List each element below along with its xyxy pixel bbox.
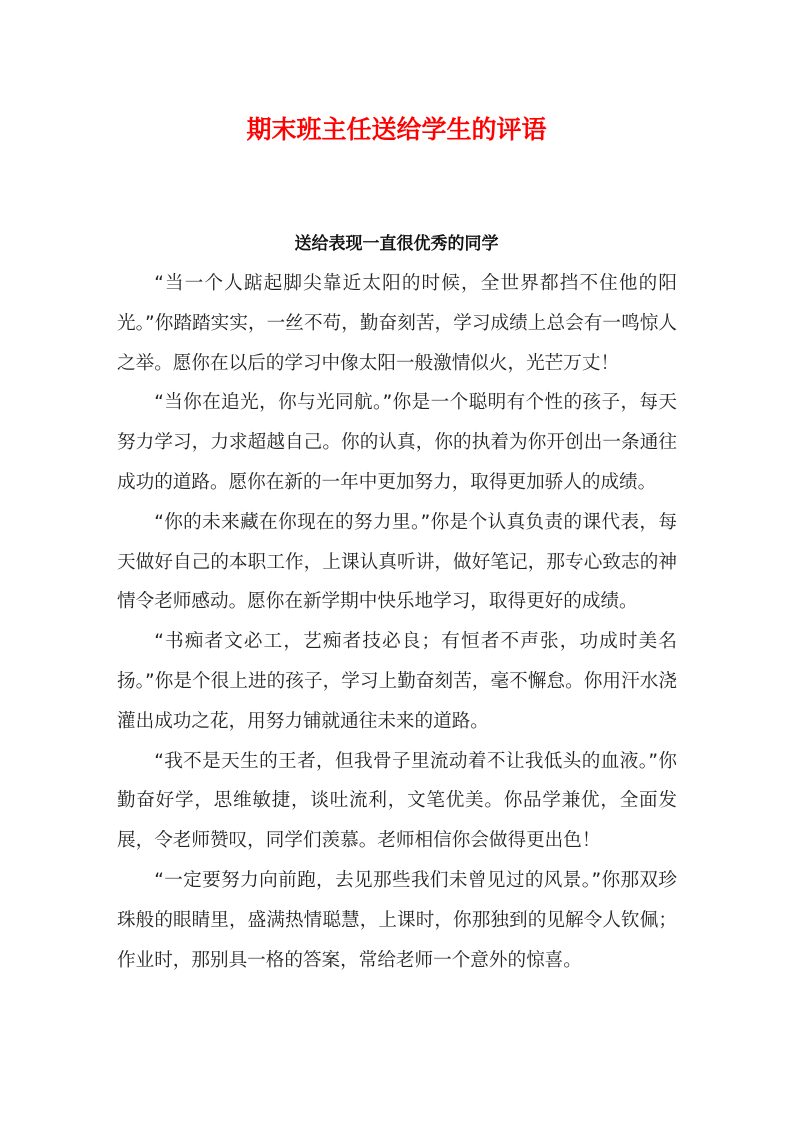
paragraph-5: “我不是天生的王者，但我骨子里流动着不让我低头的血液。”你勤奋好学，思维敏捷，谈… (117, 742, 677, 861)
paragraph-2: “当你在追光，你与光同航。”你是一个聪明有个性的孩子，每天努力学习，力求超越自己… (117, 383, 677, 502)
paragraph-3: “你的未来藏在你现在的努力里。”你是个认真负责的课代表，每天做好自己的本职工作，… (117, 503, 677, 622)
paragraph-1: “当一个人踮起脚尖靠近太阳的时候，全世界都挡不住他的阳光。”你踏踏实实，一丝不苟… (117, 264, 677, 383)
paragraph-4: “书痴者文必工，艺痴者技必良；有恒者不声张，功成时美名扬。”你是个很上进的孩子，… (117, 622, 677, 741)
section-heading: 送给表现一直很优秀的同学 (0, 232, 793, 256)
document-title: 期末班主任送给学生的评语 (0, 112, 793, 148)
paragraph-6: “一定要努力向前跑，去见那些我们未曾见过的风景。”你那双珍珠般的眼睛里，盛满热情… (117, 861, 677, 980)
document-body: “当一个人踮起脚尖靠近太阳的时候，全世界都挡不住他的阳光。”你踏踏实实，一丝不苟… (117, 264, 677, 980)
document-page: 期末班主任送给学生的评语 送给表现一直很优秀的同学 “当一个人踮起脚尖靠近太阳的… (0, 0, 793, 1122)
